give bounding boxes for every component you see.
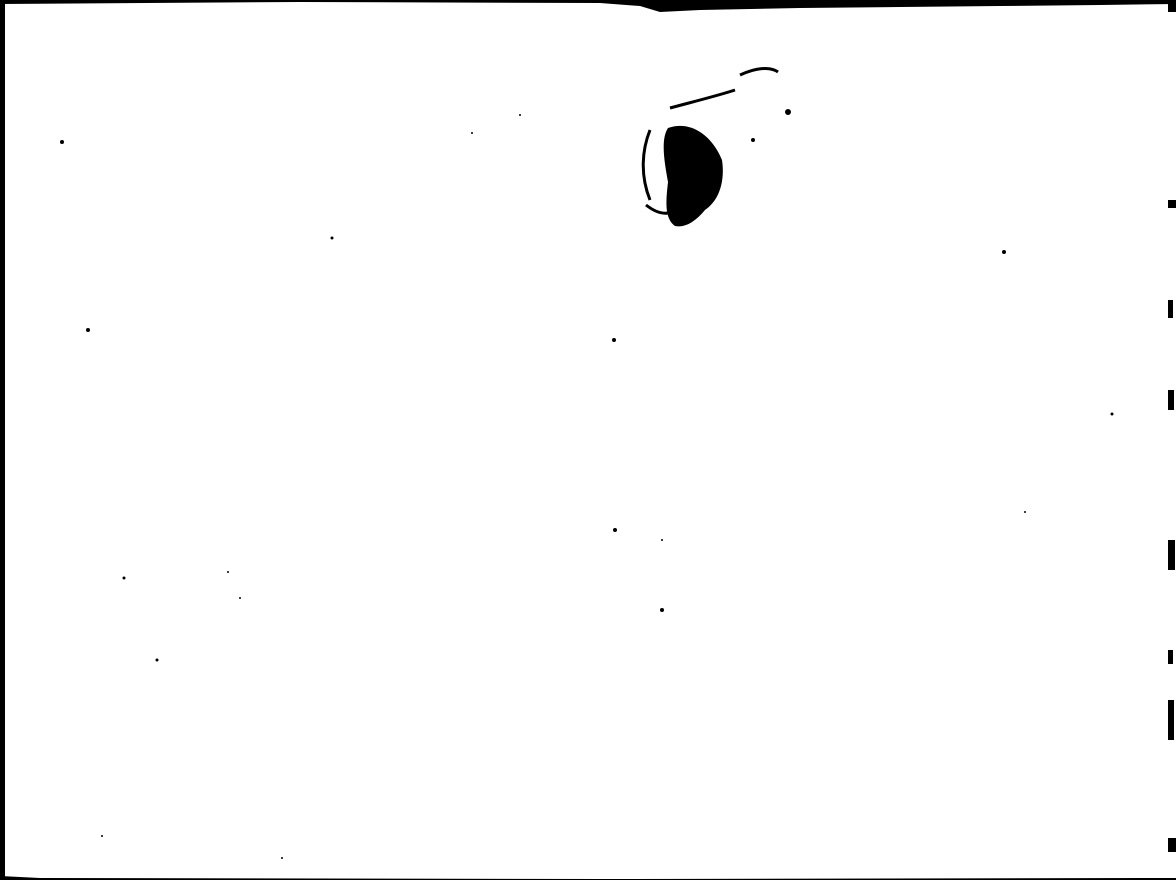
scale-bar-caption: [615, 790, 1145, 850]
dark-particle: [664, 126, 723, 227]
particle-layer: [0, 0, 1176, 880]
micrograph-image: [0, 0, 1176, 880]
